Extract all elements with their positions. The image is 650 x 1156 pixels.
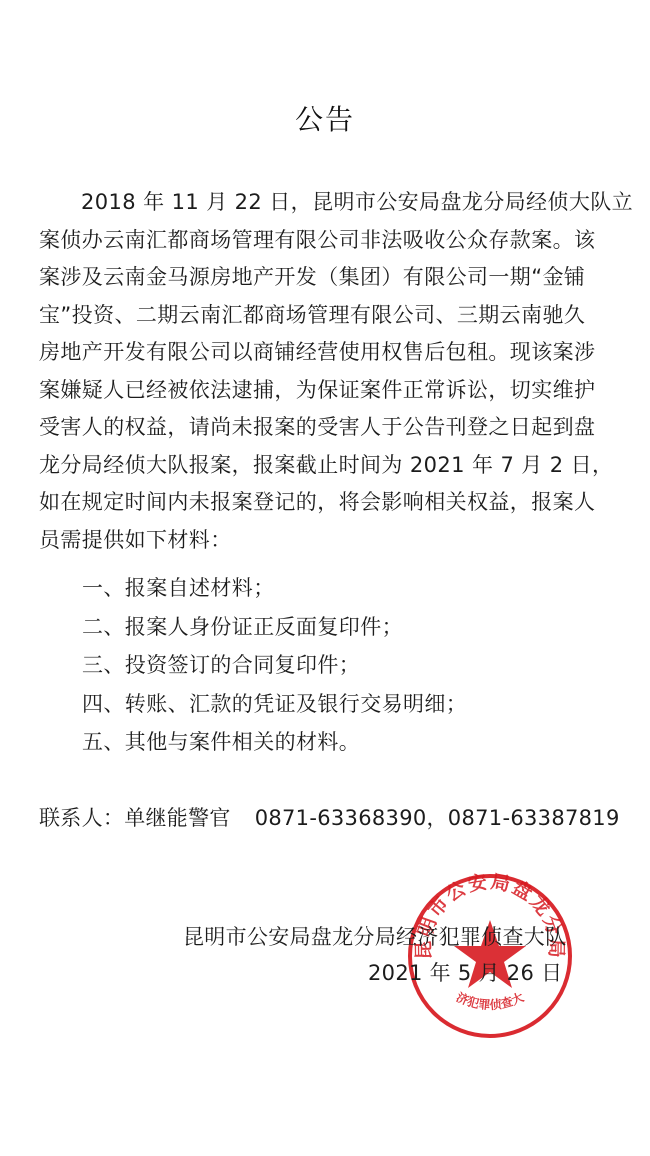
body-line: 房地产开发有限公司以商铺经营使用权售后包租。现该案涉 <box>39 334 611 372</box>
body-line: 宝”投资、二期云南汇都商场管理有限公司、三期云南驰久 <box>39 297 611 335</box>
contact-name: 单继能警官 <box>124 806 231 830</box>
list-item: 一、报案自述材料； <box>82 569 467 608</box>
announcement-page: 公告 2018 年 11 月 22 日，昆明市公安局盘龙分局经侦大队立 案侦办云… <box>0 0 650 1156</box>
body-line: 受害人的权益，请尚未报案的受害人于公告刊登之日起到盘 <box>39 409 611 447</box>
body-line: 龙分局经侦大队报案，报案截止时间为 2021 年 7 月 2 日， <box>39 447 611 485</box>
list-item: 二、报案人身份证正反面复印件； <box>82 608 467 647</box>
list-item: 三、投资签订的合同复印件； <box>82 646 467 685</box>
list-item: 五、其他与案件相关的材料。 <box>82 723 467 762</box>
body-line: 如在规定时间内未报案登记的，将会影响相关权益，报案人 <box>39 484 611 522</box>
issuing-organization: 昆明市公安局盘龙分局经济犯罪侦查大队 <box>183 919 566 956</box>
body-line: 案嫌疑人已经被依法逮捕，为保证案件正常诉讼，切实维护 <box>39 372 611 410</box>
body-line: 案涉及云南金马源房地产开发（集团）有限公司一期“金铺 <box>39 259 611 297</box>
announcement-body: 2018 年 11 月 22 日，昆明市公安局盘龙分局经侦大队立 案侦办云南汇都… <box>39 184 611 559</box>
required-materials-list: 一、报案自述材料； 二、报案人身份证正反面复印件； 三、投资签订的合同复印件； … <box>82 569 467 762</box>
body-line: 员需提供如下材料： <box>39 522 611 560</box>
list-item: 四、转账、汇款的凭证及银行交易明细； <box>82 685 467 724</box>
page-title: 公告 <box>0 100 650 140</box>
body-line: 2018 年 11 月 22 日，昆明市公安局盘龙分局经侦大队立 <box>39 184 611 222</box>
body-line: 案侦办云南汇都商场管理有限公司非法吸收公众存款案。该 <box>39 222 611 260</box>
contact-label: 联系人： <box>39 806 124 830</box>
issue-date: 2021 年 5 月 26 日 <box>368 955 562 992</box>
contact-phones: 0871-63368390，0871-63387819 <box>255 806 620 830</box>
contact-line: 联系人：单继能警官0871-63368390，0871-63387819 <box>39 800 620 837</box>
